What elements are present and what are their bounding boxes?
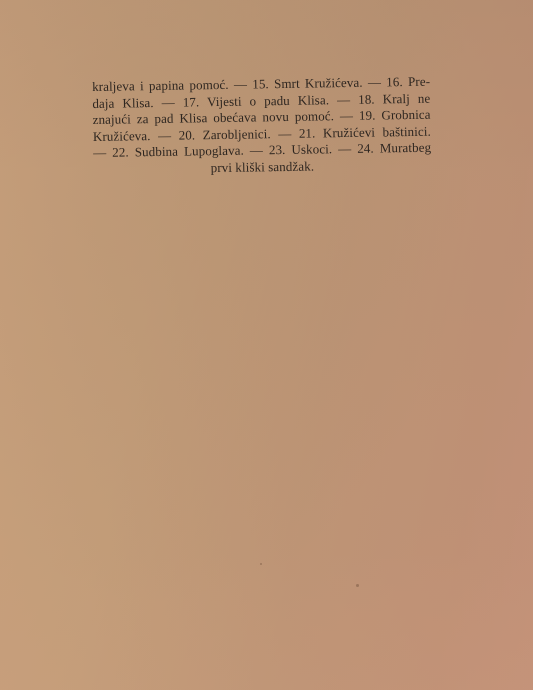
paper-speck: [356, 584, 359, 587]
book-page: kraljeva i papina pomoć. — 15. Smrt Kruž…: [0, 0, 533, 690]
chapter-summary-paragraph: kraljeva i papina pomoć. — 15. Smrt Kruž…: [92, 74, 432, 178]
paper-speck: [260, 563, 262, 565]
